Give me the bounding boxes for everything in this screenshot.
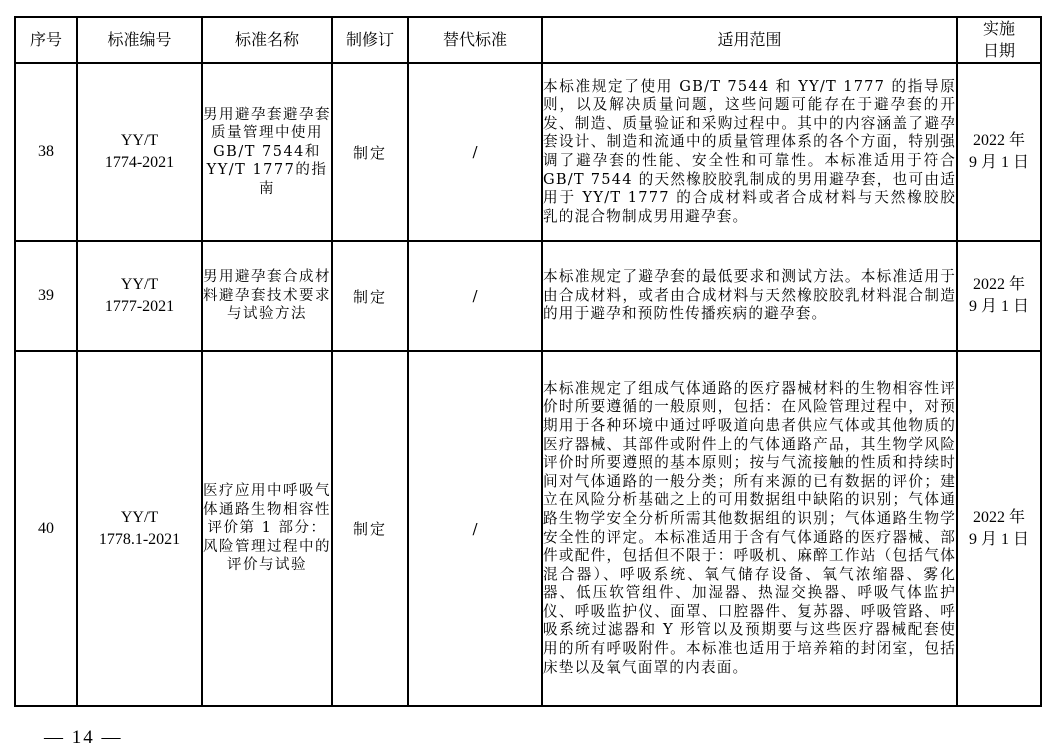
row-scope: 本标准规定了组成气体通路的医疗器械材料的生物相容性评价时所要遵循的一般原则，包括… (542, 351, 957, 706)
row-type: 制定 (332, 63, 408, 241)
row-seq: 38 (15, 63, 77, 241)
row-date: 2022 年 9 月 1 日 (957, 241, 1041, 351)
row-date-line2: 9 月 1 日 (958, 296, 1040, 318)
table-row: 39 YY/T 1777-2021 男用避孕套合成材料避孕套技术要求与试验方法 … (15, 241, 1041, 351)
row-date-line1: 2022 年 (958, 130, 1040, 152)
row-date-line2: 9 月 1 日 (958, 529, 1040, 551)
row-code-line1: YY/T (78, 274, 201, 296)
row-name: 男用避孕套合成材料避孕套技术要求与试验方法 (202, 241, 332, 351)
header-date-line1: 实施 (958, 18, 1040, 40)
row-type: 制定 (332, 241, 408, 351)
table-row: 40 YY/T 1778.1-2021 医疗应用中呼吸气体通路生物相容性评价第 … (15, 351, 1041, 706)
table-header-row: 序号 标准编号 标准名称 制修订 替代标准 适用范围 实施 日期 (15, 17, 1041, 63)
row-code: YY/T 1778.1-2021 (77, 351, 202, 706)
row-code: YY/T 1777-2021 (77, 241, 202, 351)
row-scope: 本标准规定了使用 GB/T 7544 和 YY/T 1777 的指导原则，以及解… (542, 63, 957, 241)
row-replace: / (408, 241, 542, 351)
header-seq: 序号 (15, 17, 77, 63)
row-code-line1: YY/T (78, 507, 201, 529)
header-date-line2: 日期 (958, 40, 1040, 62)
header-type: 制修订 (332, 17, 408, 63)
row-code-line1: YY/T (78, 130, 201, 152)
row-scope: 本标准规定了避孕套的最低要求和测试方法。本标准适用于由合成材料，或者由合成材料与… (542, 241, 957, 351)
row-date: 2022 年 9 月 1 日 (957, 351, 1041, 706)
row-replace: / (408, 63, 542, 241)
row-date: 2022 年 9 月 1 日 (957, 63, 1041, 241)
header-code: 标准编号 (77, 17, 202, 63)
row-seq: 39 (15, 241, 77, 351)
row-type: 制定 (332, 351, 408, 706)
header-name: 标准名称 (202, 17, 332, 63)
standards-table: 序号 标准编号 标准名称 制修订 替代标准 适用范围 实施 日期 38 YY/T… (14, 16, 1042, 707)
row-date-line1: 2022 年 (958, 507, 1040, 529)
row-date-line2: 9 月 1 日 (958, 152, 1040, 174)
row-code: YY/T 1774-2021 (77, 63, 202, 241)
row-date-line1: 2022 年 (958, 274, 1040, 296)
row-name: 男用避孕套避孕套质量管理中使用GB/T 7544和YY/T 1777的指南 (202, 63, 332, 241)
header-date: 实施 日期 (957, 17, 1041, 63)
row-code-line2: 1774-2021 (78, 152, 201, 174)
header-scope: 适用范围 (542, 17, 957, 63)
row-code-line2: 1778.1-2021 (78, 529, 201, 551)
table-row: 38 YY/T 1774-2021 男用避孕套避孕套质量管理中使用GB/T 75… (15, 63, 1041, 241)
row-replace: / (408, 351, 542, 706)
page-number: — 14 — (44, 727, 123, 749)
row-code-line2: 1777-2021 (78, 296, 201, 318)
header-replace: 替代标准 (408, 17, 542, 63)
row-seq: 40 (15, 351, 77, 706)
row-name: 医疗应用中呼吸气体通路生物相容性评价第 1 部分：风险管理过程中的评价与试验 (202, 351, 332, 706)
